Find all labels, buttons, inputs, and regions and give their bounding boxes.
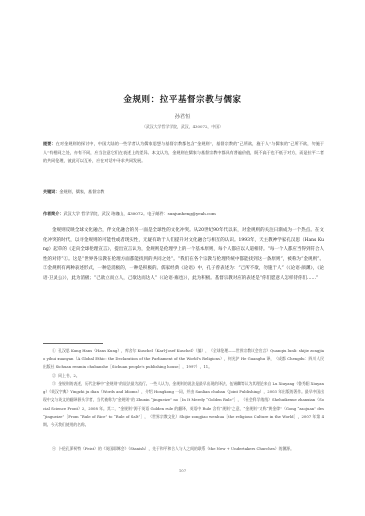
footnote-text: 金规则的表述，历代注释中“金规则”的说法最为流行。一些人认为，金规则的说法是最早…: [43, 381, 324, 427]
abstract: 提要：在对金规则的探讨中，中国大陆的一些学者认为儒家思想与基督宗教都包含“金规则…: [43, 140, 324, 166]
footnote-text: 孔汉思 Kung Hans（Hans Kung），库舍尔 Kuschel（Kar…: [43, 348, 324, 369]
author-affiliation: （武汉大学哲学学院，武汉，430072，中国）: [0, 124, 365, 130]
author-info: 作者简介：武汉大学 哲学学院，武汉 珞珈山，430072。电子邮件：sunjun…: [43, 210, 324, 219]
paper-page: 金规则：拉平基督宗教与儒家 孙君恒 （武汉大学哲学学院，武汉，430072，中国…: [0, 0, 365, 516]
paper-author: 孙君恒: [0, 113, 365, 120]
footnote: ① 孔汉思 Kung Hans（Hans Kung），库舍尔 Kuschel（K…: [43, 347, 324, 372]
abstract-text: 在对金规则的探讨中，中国大陆的一些学者认为儒家思想与基督宗教都包含“金规则”，基…: [43, 141, 324, 163]
footnote-marker: ④: [52, 446, 56, 451]
footnote: ② 同上书，2。: [43, 372, 324, 380]
footnote: ④ 卜伦孔萝柯特（Feist）的《英国耶稣会》（Stanish），先于和平和合人…: [43, 445, 324, 453]
footnote-divider: [43, 343, 103, 344]
body-paragraph: 金规则反映全球文化融合，伴文化融合的另一面是全球性的文化冲突。从20世纪90年代…: [43, 226, 324, 284]
footnote-marker: ③: [52, 381, 56, 386]
footnote-text: 卜伦孔萝柯特（Feist）的《英国耶稣会》（Stanish），先于和平和合人与人…: [58, 446, 294, 451]
author-info-label: 作者简介：: [43, 211, 63, 216]
footnote-text: 同上书，2。: [58, 373, 79, 378]
footnote-marker: ②: [52, 373, 56, 378]
paper-title: 金规则：拉平基督宗教与儒家: [0, 93, 365, 105]
footnote-marker: ①: [52, 348, 56, 353]
keywords-label: 关键词：: [43, 189, 59, 194]
keywords: 关键词：金规则，儒家，基督宗教: [43, 188, 324, 197]
footnote: ③ 金规则的表述，历代注释中“金规则”的说法最为流行。一些人认为，金规则的说法是…: [43, 380, 324, 429]
page-number: 107: [0, 468, 365, 473]
abstract-label: 提要：: [43, 141, 56, 146]
keywords-text: 金规则，儒家，基督宗教: [59, 189, 104, 194]
author-info-text: 武汉大学 哲学学院，武汉 珞珈山，430072。电子邮件：sunjunheng@…: [63, 211, 215, 216]
